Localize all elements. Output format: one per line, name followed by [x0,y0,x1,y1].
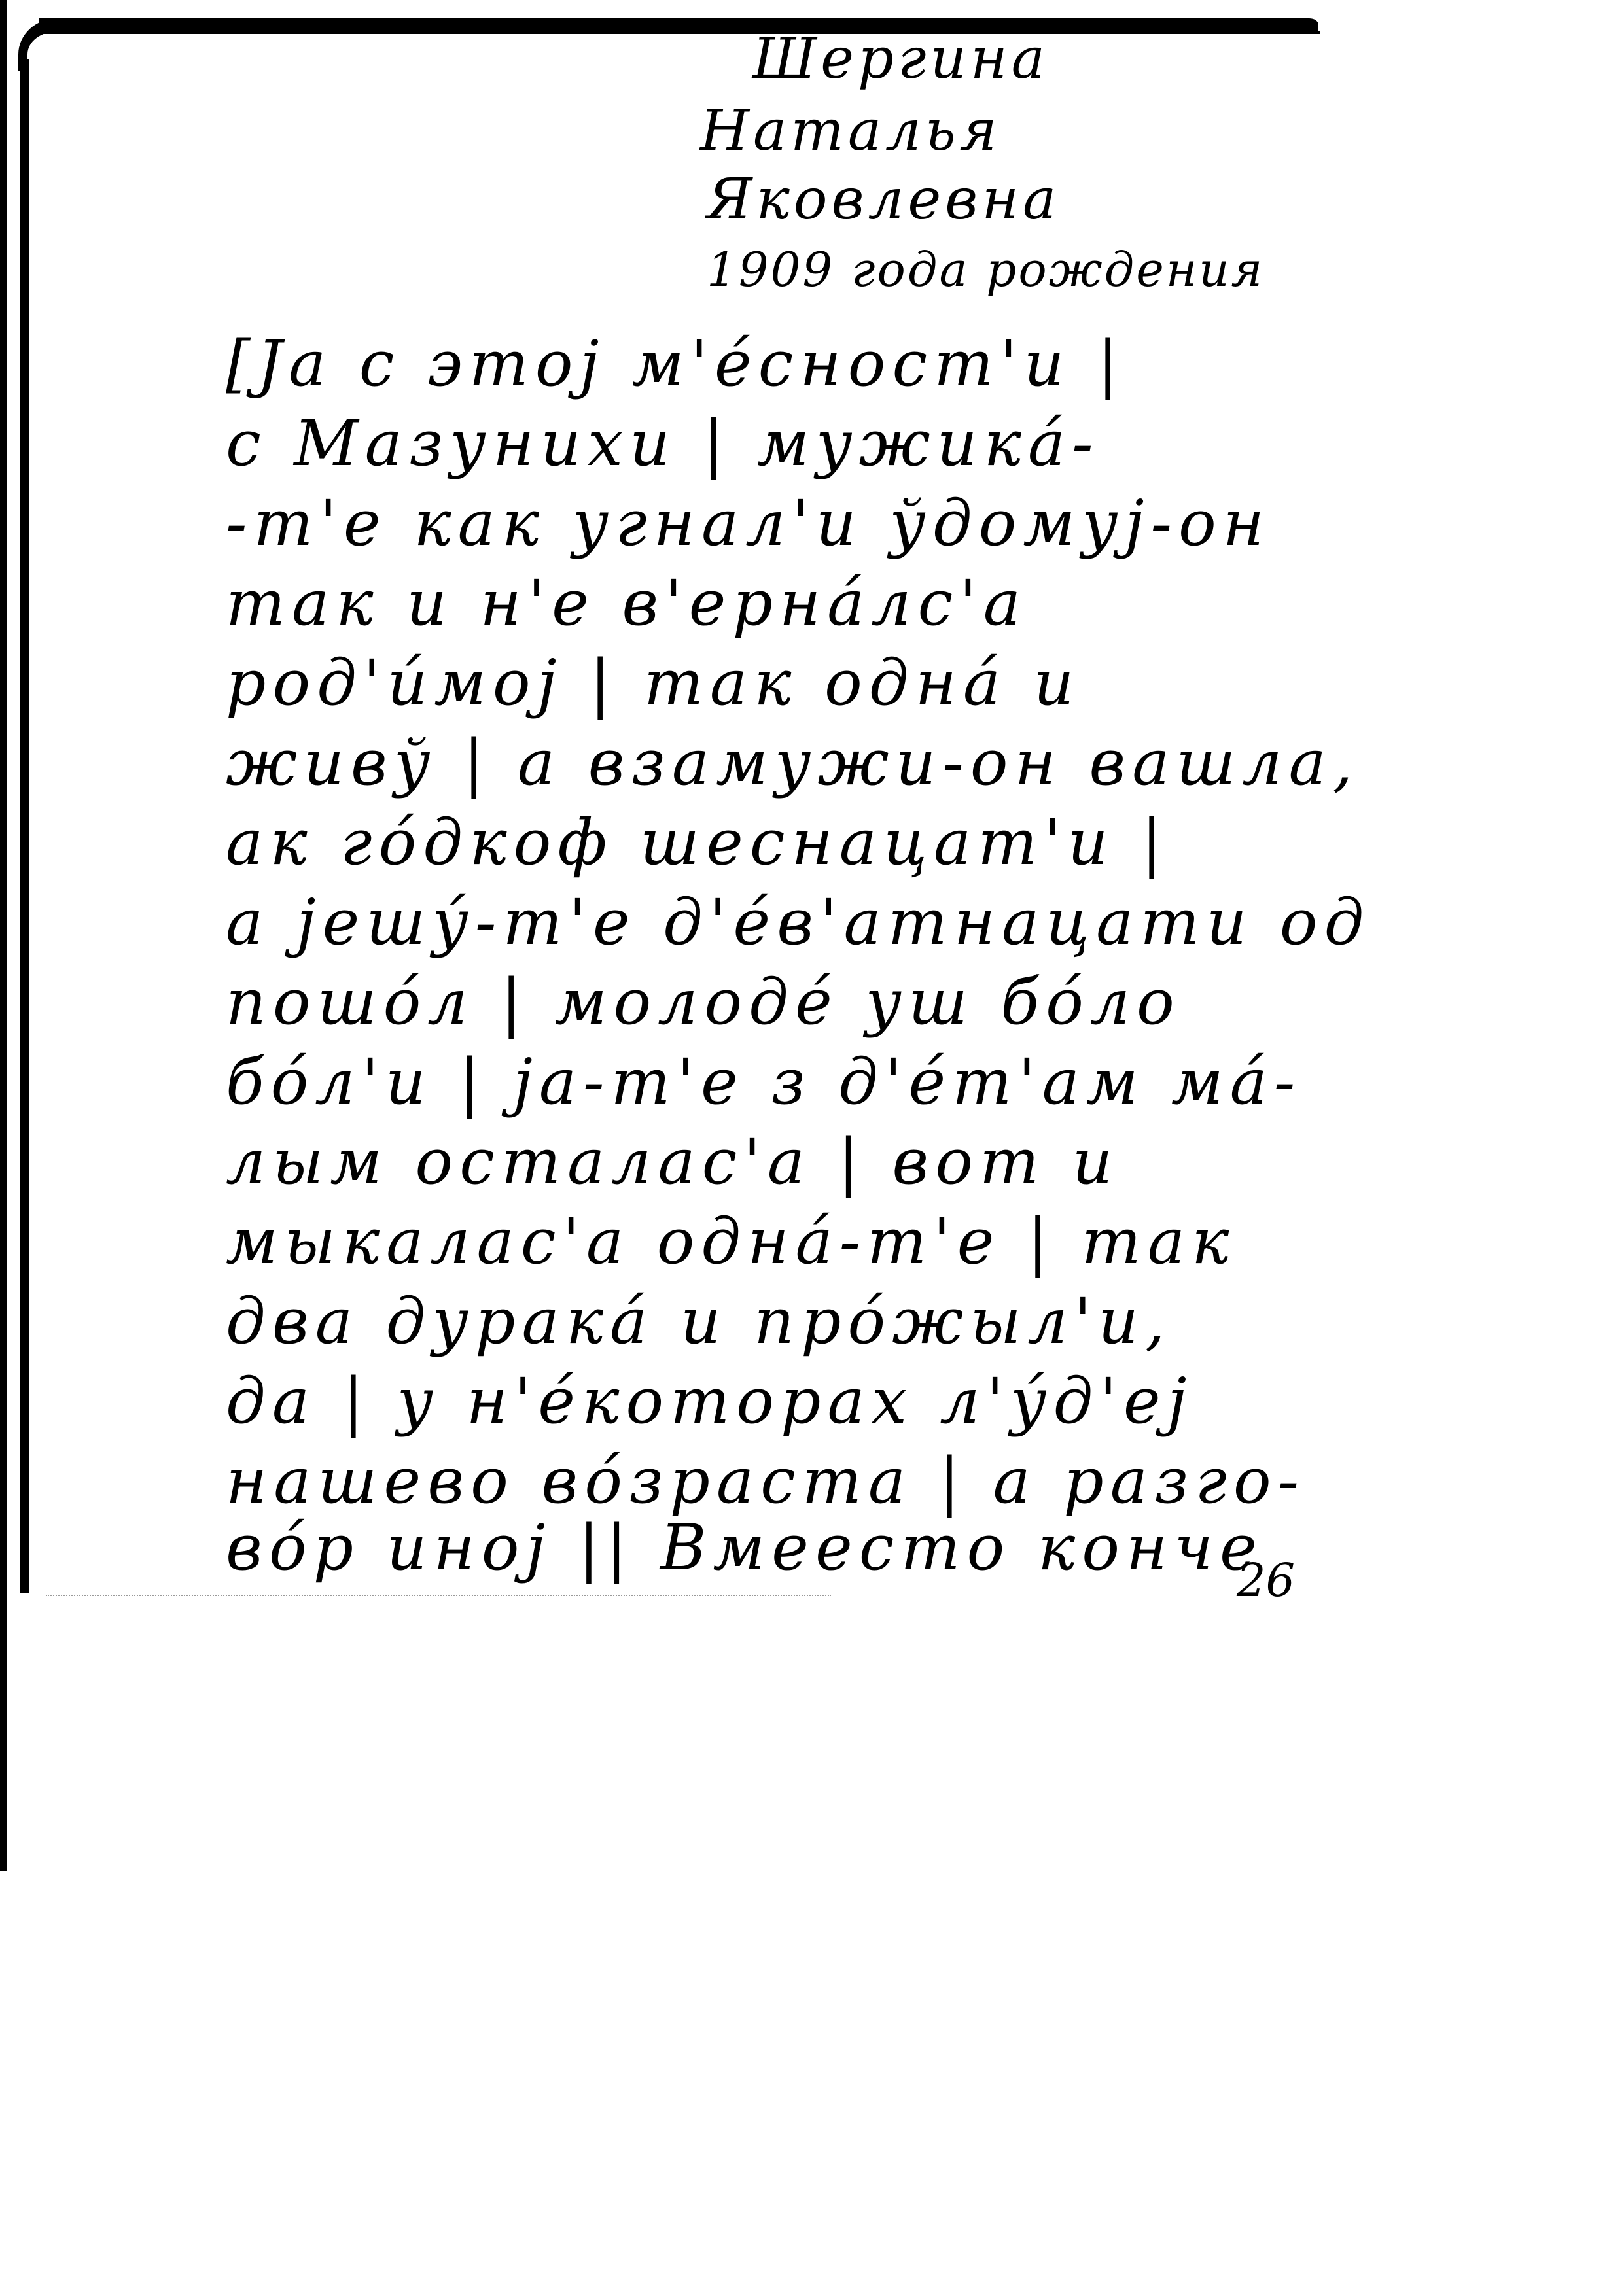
frame-bottom-trace [46,1595,831,1596]
frame-top-rule [34,31,1320,34]
informant-patronymic: Яковлевна [707,167,1060,232]
transcript-line: живў | а взамужи-он вашла, [226,726,1359,799]
informant-first-name: Наталья [700,98,1001,164]
transcript-line: [Ја с этој м'е́сност'и | [226,327,1125,400]
informant-surname: Шергина [752,26,1049,92]
transcript-line: так и н'е в'ерна́лс'а [226,566,1027,640]
transcript-line: пошо́л | молоде́ уш бо́ло [226,965,1181,1039]
transcript-line: род'и́мој | так одна́ и [226,646,1080,720]
frame-left-border [20,59,29,1593]
scan-edge-bar [0,0,7,1871]
informant-birth-year: 1909 года рождения [707,242,1264,297]
transcript-line: лым осталас'а | вот и [226,1125,1119,1198]
transcript-line: с Мазунихи | мужика́- [226,407,1100,480]
transcript-line: ак го́дкоф шеснацат'и | [226,806,1169,879]
transcript-line: бо́л'и | ја-т'е з д'е́т'ам ма́- [226,1045,1301,1119]
transcript-line: во́р иноj || Вмеесто конче [226,1511,1263,1584]
transcript-line: а јешу́-т'е д'е́в'атнацати од [226,886,1370,959]
transcript-line: мыкалас'а одна́-т'е | так [226,1205,1235,1278]
transcript-line: да | у н'е́которах л'у́д'еј [226,1365,1193,1438]
scanned-page: Шергина Наталья Яковлевна 1909 года рожд… [0,0,1607,2296]
page-number: 26 [1237,1554,1295,1607]
transcript-line: -т'е как угнал'и ўдомуј-он [226,487,1271,560]
transcript-line: нашево во́зраста | а разго- [226,1444,1305,1518]
transcript-line: два дурака́ и про́жыл'и, [226,1285,1171,1358]
frame-top-border [39,18,1318,31]
